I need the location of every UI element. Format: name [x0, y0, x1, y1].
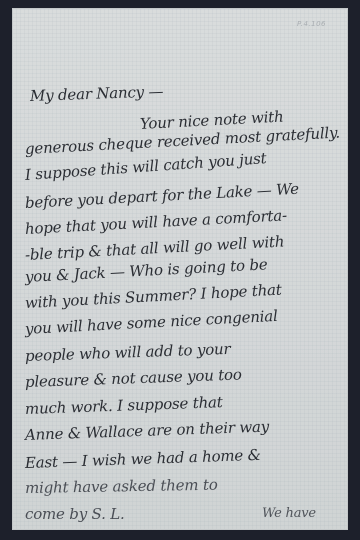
- letter-line-15: might have asked them to: [25, 476, 218, 497]
- document-viewer: P.4.106 My dear Nancy — Your nice note w…: [0, 0, 360, 540]
- continuation-text: We have: [262, 506, 316, 521]
- letter-line-16: come by S. L.: [25, 505, 125, 523]
- archive-number: P.4.106: [297, 20, 326, 28]
